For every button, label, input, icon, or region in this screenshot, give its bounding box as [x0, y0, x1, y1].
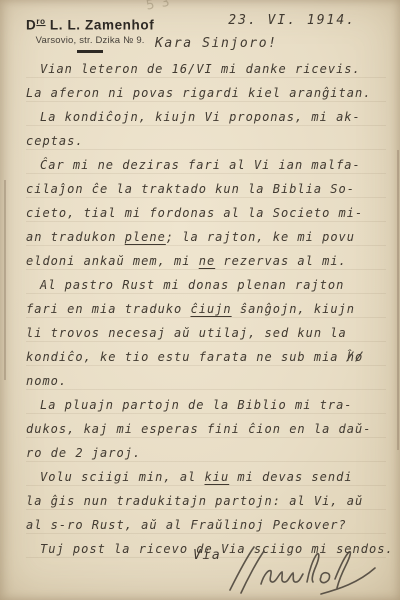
- letter-line: al s-ro Rust, aŭ al Fraŭlinoj Peckover?: [26, 513, 386, 537]
- text-segment: Volu sciigi min, al: [40, 470, 205, 484]
- underlined-word: plene: [125, 230, 166, 244]
- underlined-word: ĉiujn: [191, 302, 232, 316]
- scan-edge-artifact-right: [397, 150, 399, 450]
- text-segment: cieto, tial mi fordonas al la Societo mi…: [26, 206, 363, 220]
- text-segment: an tradukon: [26, 230, 125, 244]
- letter-line: eldoni ankaŭ mem, mi ne rezervas al mi.: [26, 249, 386, 273]
- letter-line: li trovos necesaj aŭ utilaj, sed kun la: [26, 321, 386, 345]
- letter-line: nomo.: [26, 369, 386, 393]
- scan-edge-artifact-left: [4, 180, 6, 380]
- pencil-mark: 53: [145, 0, 178, 14]
- letter-line: la ĝis nun tradukitajn partojn: al Vi, a…: [26, 489, 386, 513]
- letterhead: Dro L. L. Zamenhof Varsovio, str. Dzika …: [26, 17, 154, 53]
- text-segment: rezervas al mi.: [215, 254, 347, 268]
- letterhead-person: L. L. Zamenhof: [46, 17, 155, 33]
- letter-line: Volu sciigi min, al kiu mi devas sendi: [26, 465, 386, 489]
- letter-line: dukos, kaj mi esperas fini ĉion en la da…: [26, 417, 386, 441]
- letterhead-sup: ro: [36, 17, 45, 26]
- salutation: Kara Sinjoro!: [155, 36, 278, 51]
- text-segment: La aferon ni povas rigardi kiel aranĝita…: [26, 86, 371, 100]
- text-segment: ŝanĝojn, kiujn: [232, 302, 355, 316]
- underlined-word: kiu: [205, 470, 230, 484]
- letterhead-name: Dro L. L. Zamenhof: [26, 17, 154, 33]
- text-segment: fari en mia traduko: [26, 302, 191, 316]
- text-segment: Ĉar mi ne deziras fari al Vi ian malfa-: [40, 158, 361, 172]
- text-segment: Vian leteron de 16/VI mi danke ricevis.: [40, 62, 361, 76]
- text-segment: ro de 2 jaroj.: [26, 446, 141, 460]
- letter-line: ro de 2 jaroj.: [26, 441, 386, 465]
- closing-word: Via: [193, 548, 221, 563]
- letterhead-prefix: D: [26, 17, 36, 33]
- text-segment: kondiĉo, ke tio estu farata ne sub mia: [26, 350, 347, 364]
- letter-line: La kondiĉojn, kiujn Vi proponas, mi ak-: [26, 105, 386, 129]
- letterhead-address: Varsovio, str. Dzika № 9.: [26, 35, 154, 46]
- text-segment: La kondiĉojn, kiujn Vi proponas, mi ak-: [40, 110, 361, 124]
- letter-line: Al pastro Rust mi donas plenan rajton: [26, 273, 386, 297]
- letter-line: fari en mia traduko ĉiujn ŝanĝojn, kiujn: [26, 297, 386, 321]
- letter-page: 53 Dro L. L. Zamenhof Varsovio, str. Dzi…: [0, 0, 400, 600]
- letter-line: cilaĵon ĉe la traktado kun la Biblia So-: [26, 177, 386, 201]
- text-segment: la ĝis nun tradukitajn partojn: al Vi, a…: [26, 494, 363, 508]
- text-segment: dukos, kaj mi esperas fini ĉion en la da…: [26, 422, 371, 436]
- text-segment: mi devas sendi: [229, 470, 352, 484]
- handwritten-signature: [226, 543, 376, 600]
- letter-line: La aferon ni povas rigardi kiel aranĝita…: [26, 81, 386, 105]
- letter-line: kondiĉo, ke tio estu farata ne sub mia ĥ…: [26, 345, 386, 369]
- letter-line: Vian leteron de 16/VI mi danke ricevis.: [26, 57, 386, 81]
- text-segment: li trovos necesaj aŭ utilaj, sed kun la: [26, 326, 347, 340]
- letter-line: ceptas.: [26, 129, 386, 153]
- letter-line: cieto, tial mi fordonas al la Societo mi…: [26, 201, 386, 225]
- letter-line: an tradukon plene; la rajton, ke mi povu: [26, 225, 386, 249]
- text-segment: La pluajn partojn de la Biblio mi tra-: [40, 398, 353, 412]
- text-segment: ; la rajton, ke mi povu: [166, 230, 355, 244]
- text-segment: Al pastro Rust mi donas plenan rajton: [40, 278, 344, 292]
- text-segment: cilaĵon ĉe la traktado kun la Biblia So-: [26, 182, 355, 196]
- text-segment: eldoni ankaŭ mem, mi: [26, 254, 199, 268]
- text-segment: nomo.: [26, 374, 67, 388]
- letter-line: Ĉar mi ne deziras fari al Vi ian malfa-: [26, 153, 386, 177]
- underlined-word: ne: [199, 254, 215, 268]
- signature-drawing: [226, 543, 376, 598]
- struck-out-text: ĥo: [347, 345, 363, 369]
- letter-body: Vian leteron de 16/VI mi danke ricevis.L…: [26, 57, 386, 561]
- text-segment: al s-ro Rust, aŭ al Fraŭlinoj Peckover?: [26, 518, 347, 532]
- text-segment: ceptas.: [26, 134, 84, 148]
- letterhead-rule: [77, 50, 103, 53]
- letter-line: La pluajn partojn de la Biblio mi tra-: [26, 393, 386, 417]
- letter-date: 23. VI. 1914.: [228, 13, 356, 28]
